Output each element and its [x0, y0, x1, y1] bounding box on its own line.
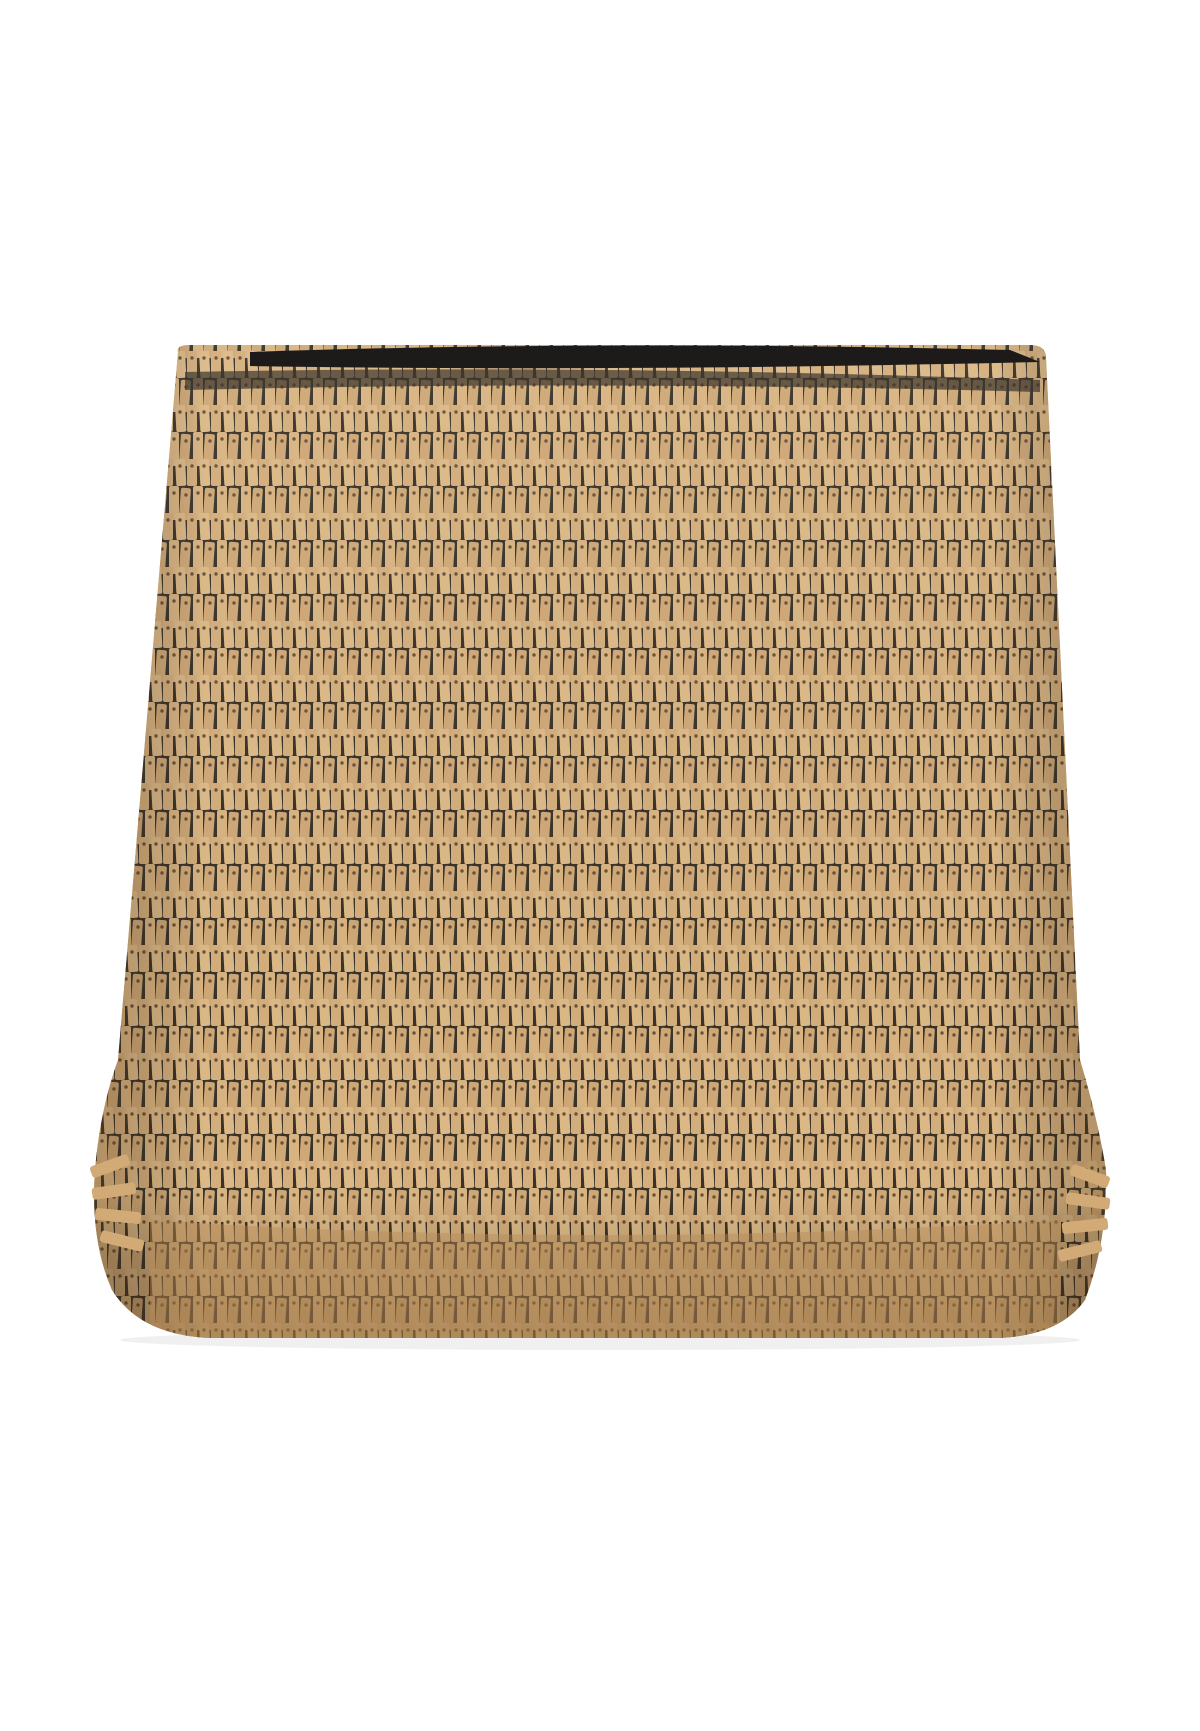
product-photo-stage: [0, 0, 1200, 1731]
bag-body: [80, 340, 1120, 1350]
sequin-clutch-bag: [0, 0, 1200, 1731]
